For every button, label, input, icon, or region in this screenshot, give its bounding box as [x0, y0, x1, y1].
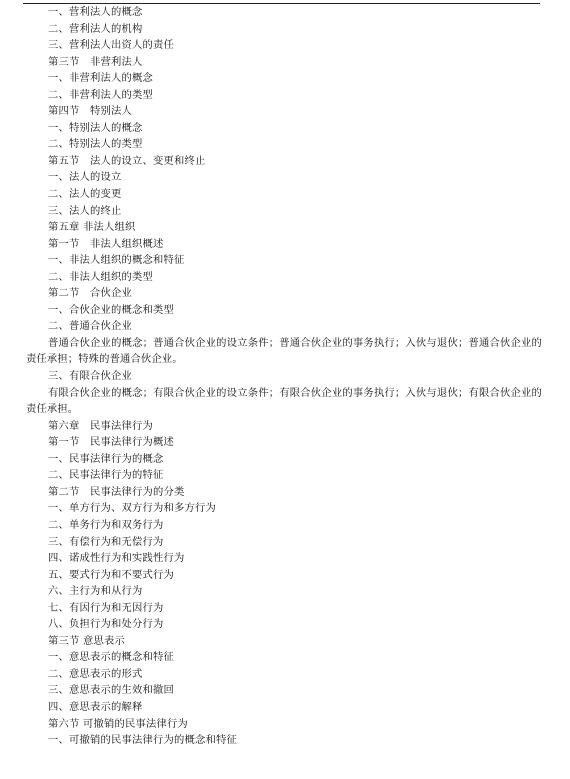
- outline-item: 四、诺成性行为和实践性行为: [26, 550, 542, 567]
- outline-item: 一、非营利法人的概念: [26, 70, 542, 87]
- section-heading: 第五节 法人的设立、变更和终止: [26, 153, 542, 170]
- section-heading: 第六节 可撤销的民事法律行为: [26, 716, 542, 733]
- section-heading: 第三节 非营利法人: [26, 54, 542, 71]
- outline-item: 二、特别法人的类型: [26, 136, 542, 153]
- outline-item: 三、有偿行为和无偿行为: [26, 534, 542, 551]
- outline-item: 一、非法人组织的概念和特征: [26, 252, 542, 269]
- outline-item: 一、民事法律行为的概念: [26, 451, 542, 468]
- outline-item: 一、单方行为、双方行为和多方行为: [26, 500, 542, 517]
- section-heading: 第二节 合伙企业: [26, 285, 542, 302]
- section-heading: 第一节 非法人组织概述: [26, 236, 542, 253]
- outline-item: 一、法人的设立: [26, 169, 542, 186]
- outline-item: 一、合伙企业的概念和类型: [26, 302, 542, 319]
- outline-item: 六、主行为和从行为: [26, 583, 542, 600]
- outline-item: 二、单务行为和双务行为: [26, 517, 542, 534]
- section-heading: 第四节 特别法人: [26, 103, 542, 120]
- outline-item: 一、意思表示的概念和特征: [26, 649, 542, 666]
- outline-item: 二、非营利法人的类型: [26, 87, 542, 104]
- outline-item: 四、意思表示的解释: [26, 699, 542, 716]
- chapter-heading: 第六章 民事法律行为: [26, 418, 542, 435]
- paragraph-limited-partnership: 有限合伙企业的概念；有限合伙企业的设立条件；有限合伙企业的事务执行；入伙与退伙；…: [26, 385, 542, 418]
- outline-item: 二、法人的变更: [26, 186, 542, 203]
- outline-item: 二、意思表示的形式: [26, 666, 542, 683]
- section-heading: 第三节 意思表示: [26, 633, 542, 650]
- section-heading: 第一节 民事法律行为概述: [26, 434, 542, 451]
- outline-item: 三、有限合伙企业: [26, 368, 542, 385]
- outline-item: 八、负担行为和处分行为: [26, 616, 542, 633]
- outline-item: 三、营利法人出资人的责任: [26, 37, 542, 54]
- document-body: 一、营利法人的概念 二、营利法人的机构 三、营利法人出资人的责任 第三节 非营利…: [26, 4, 542, 749]
- outline-item: 三、法人的终止: [26, 203, 542, 220]
- outline-item: 一、特别法人的概念: [26, 120, 542, 137]
- outline-item: 一、营利法人的概念: [26, 4, 542, 21]
- outline-item: 二、营利法人的机构: [26, 21, 542, 38]
- outline-item: 一、可撤销的民事法律行为的概念和特征: [26, 732, 542, 749]
- outline-item: 二、民事法律行为的特征: [26, 467, 542, 484]
- section-heading: 第二节 民事法律行为的分类: [26, 484, 542, 501]
- outline-item: 三、意思表示的生效和撤回: [26, 682, 542, 699]
- outline-item: 五、要式行为和不要式行为: [26, 567, 542, 584]
- outline-item: 二、普通合伙企业: [26, 318, 542, 335]
- outline-item: 二、非法人组织的类型: [26, 269, 542, 286]
- paragraph-general-partnership: 普通合伙企业的概念；普通合伙企业的设立条件；普通合伙企业的事务执行；入伙与退伙；…: [26, 335, 542, 368]
- chapter-heading: 第五章 非法人组织: [26, 219, 542, 236]
- outline-item: 七、有因行为和无因行为: [26, 600, 542, 617]
